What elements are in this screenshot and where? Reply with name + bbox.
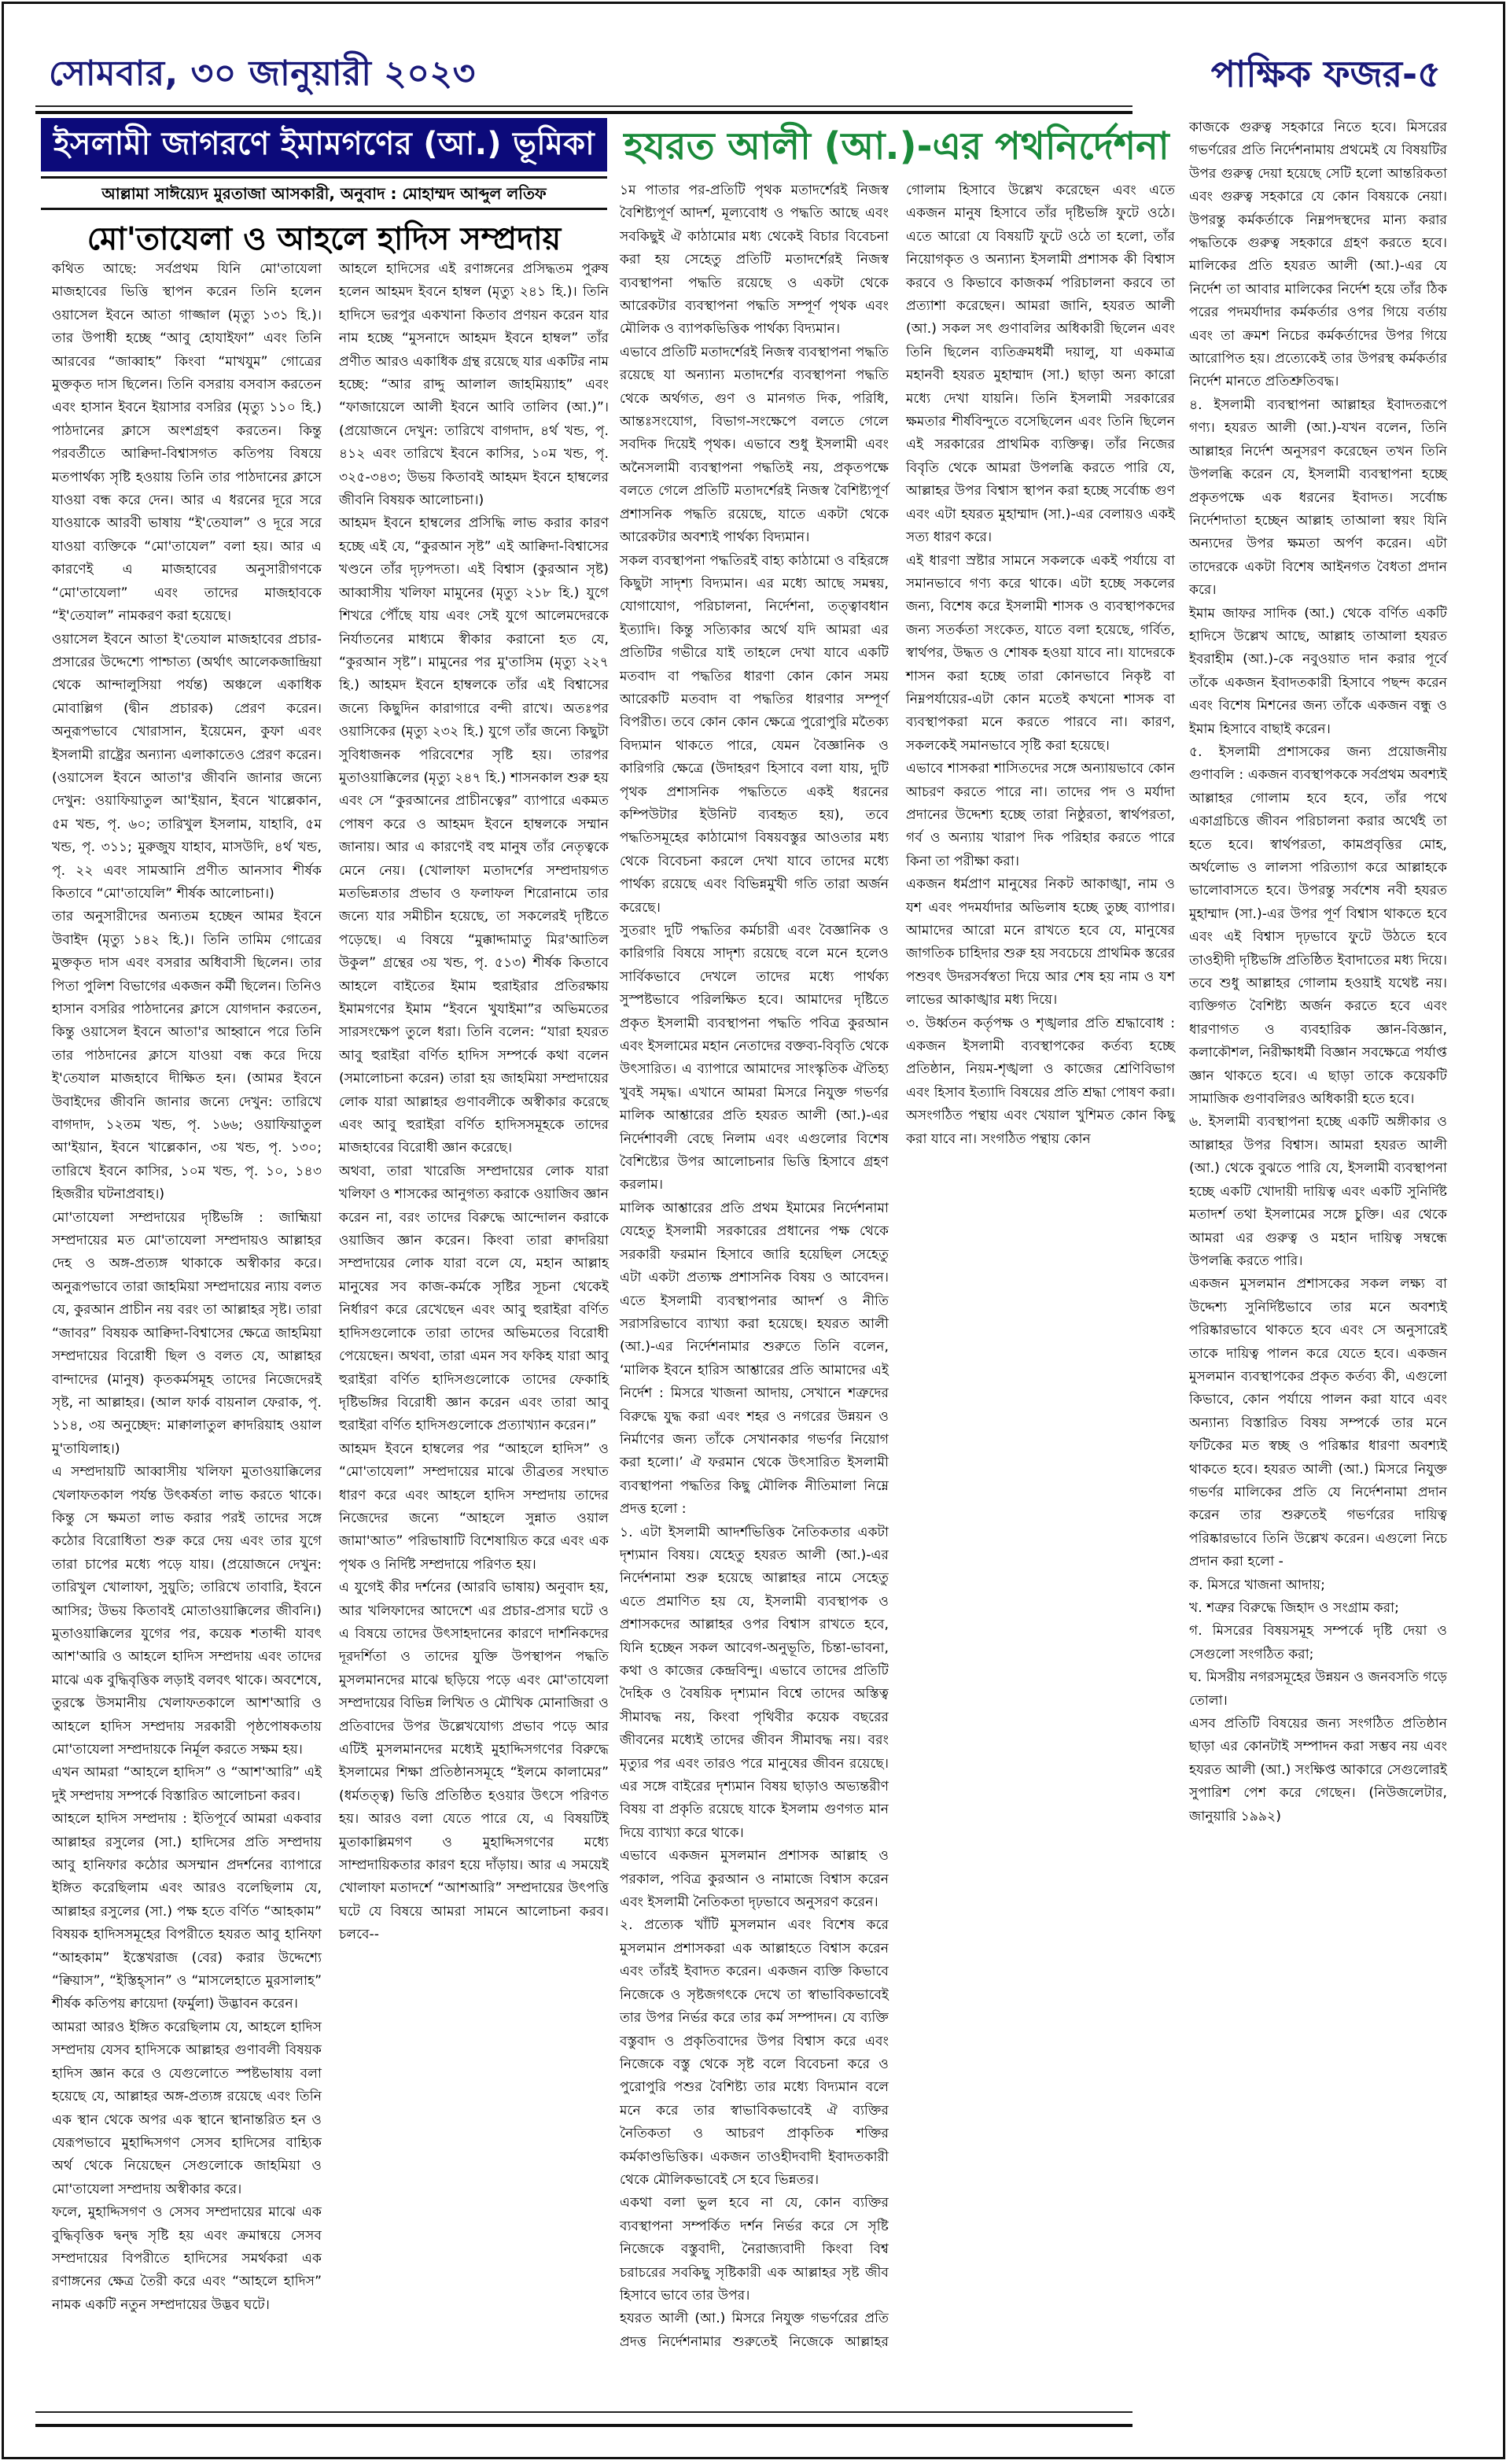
paragraph: ওয়াসেল ইবনে আতা ই'তেযাল মাজহাবের প্রচার… — [52, 629, 322, 906]
paragraph: আহমদ ইবনে হাম্বলের প্রসিদ্ধি লাভ করার কা… — [339, 512, 609, 1160]
masthead-page-label: পাক্ষিক ফজর-৫ — [1211, 47, 1441, 107]
paragraph: ৫. ইসলামী প্রশাসকের জন্য প্রয়োজনীয় গুণ… — [1189, 741, 1447, 1112]
issue-date: সোমবার, ৩০ জানুয়ারী ২০২৩ — [49, 47, 476, 105]
center-article-body: ১ম পাতার পর-প্রতিটি পৃথক মতাদর্শেরই নিজস… — [620, 179, 1175, 2360]
right-column-body: কাজকে গুরুত্ব সহকারে নিতে হবে। মিসরের গভ… — [1189, 116, 1447, 2360]
paragraph: ৩. উর্ধ্বতন কর্তৃপক্ষ ও শৃঙ্খলার প্রতি শ… — [906, 1013, 1175, 1151]
paragraph: আহমদ ইবনে হাম্বলের পর “আহলে হাদিস” ও “মো… — [339, 1438, 609, 1577]
paragraph: ২. প্রত্যেক খাঁটি মুসলমান এবং বিশেষ করে … — [620, 1914, 889, 2192]
paragraph: সুতরাং দুটি পদ্ধতির কর্মচারী এবং বৈজ্ঞান… — [620, 920, 889, 1197]
byline-rule-bottom — [41, 208, 607, 210]
paragraph: আমরা আরও ইঙ্গিত করেছিলাম যে, আহলে হাদিস … — [52, 2016, 322, 2201]
paragraph: ১. এটা ইসলামী আদর্শভিত্তিক নৈতিকতার একটা… — [620, 1522, 889, 1846]
list-item: খ. শত্রুর বিরুদ্ধে জিহাদ ও সংগ্রাম করা; — [1189, 1597, 1447, 1620]
paragraph: মো'তাযেলা সম্প্রদায়ের দৃষ্টিভঙ্গি : জাহ… — [52, 1207, 322, 1461]
header-rule-thin — [35, 105, 1132, 107]
paragraph: এভাবে প্রতিটি মতাদর্শেরই নিজস্ব ব্যবস্থা… — [620, 341, 889, 550]
paragraph: ১ম পাতার পর-প্রতিটি পৃথক মতাদর্শেরই নিজস… — [620, 179, 889, 341]
footer-rule-thick — [35, 2424, 1132, 2427]
paragraph: এভাবে শাসকরা শাসিতদের সঙ্গে অন্যায়ভাবে … — [906, 758, 1175, 873]
left-article-byline: আল্লামা সাঈয়্যেদ মুরতাজা আসকারী, অনুবাদ… — [41, 183, 607, 208]
paragraph: ইমাম জাফর সাদিক (আ.) থেকে বর্ণিত একটি হা… — [1189, 603, 1447, 741]
header-rule-thick — [35, 111, 1132, 114]
paragraph: মালিক আশ্তারের প্রতি প্রথম ইমামের নির্দে… — [620, 1197, 889, 1522]
paragraph: একজন ধর্মপ্রাণ মানুষের নিকট আকাঙ্খা, নাম… — [906, 873, 1175, 1012]
list-item: ক. মিসরে খাজনা আদায়; — [1189, 1574, 1447, 1597]
left-article-body: কথিত আছে: সর্বপ্রথম যিনি মো'তাযেলা মাজহা… — [52, 258, 609, 2360]
paragraph: ৪. ইসলামী ব্যবস্থাপনা আল্লাহর ইবাদতরূপে … — [1189, 394, 1447, 603]
list-item: গ. মিসরের বিষয়সমূহ সম্পর্কে দৃষ্টি দেয়… — [1189, 1620, 1447, 1666]
paragraph: এভাবে একজন মুসলমান প্রশাসক আল্লাহ ও পরকা… — [620, 1845, 889, 1914]
paragraph: আহলে হাদিসের এই রণাঙ্গনের প্রসিদ্ধতম পুর… — [339, 258, 609, 512]
paragraph: অথবা, তারা খারেজি সম্প্রদায়ের লোক যারা … — [339, 1160, 609, 1438]
paragraph: এখন আমরা “আহলে হাদিস” ও “আশ'আরি” এই দুই … — [52, 1761, 322, 1808]
paragraph: তার অনুসারীদের অন্যতম হচ্ছেন আমর ইবনে উব… — [52, 906, 322, 1206]
list-item: ঘ. মিসরীয় নগরসমূহের উন্নয়ন ও জনবসতি গড… — [1189, 1666, 1447, 1713]
paragraph: কথিত আছে: সর্বপ্রথম যিনি মো'তাযেলা মাজহা… — [52, 258, 322, 629]
paragraph: ফলে, মুহাদ্দিসগণ ও সেসব সম্প্রদায়ের মাঝ… — [52, 2201, 322, 2317]
paragraph: ৬. ইসলামী ব্যবস্থাপনা হচ্ছে একটি অঙ্গীকা… — [1189, 1111, 1447, 1273]
paragraph: এ যুগেই কীর দর্শনের (আরবি ভাষায়) অনুবাদ… — [339, 1577, 609, 1947]
left-article-banner-title: ইসলামী জাগরণে ইমামগণের (আ.) ভূমিকা — [41, 118, 607, 172]
footer-rule-thin — [35, 2411, 1132, 2413]
paragraph: আহলে হাদিস সম্প্রদায় : ইতিপূর্বে আমরা এ… — [52, 1808, 322, 2016]
paragraph: একজন মুসলমান প্রশাসকের সকল লক্ষ্য বা উদ্… — [1189, 1273, 1447, 1573]
paragraph: এ সম্প্রদায়টি আব্বাসীয় খলিফা মুতাওয়াক… — [52, 1461, 322, 1761]
paragraph: এসব প্রতিটি বিষয়ের জন্য সংগঠিত প্রতিষ্ঠ… — [1189, 1713, 1447, 1828]
paragraph: কাজকে গুরুত্ব সহকারে নিতে হবে। মিসরের গভ… — [1189, 116, 1447, 394]
paragraph: সকল ব্যবস্থাপনা পদ্ধতিরই বাহ্য কাঠামো ও … — [620, 550, 889, 920]
byline-rule-top — [41, 176, 607, 179]
center-article-title: হযরত আলী (আ.)-এর পথনির্দেশনা — [621, 118, 1172, 180]
paragraph: এই ধারণা স্রষ্টার সামনে সকলকে একই পর্যায… — [906, 550, 1175, 758]
paragraph: একথা বলা ভুল হবে না যে, কোন ব্যক্তির ব্য… — [620, 2192, 889, 2307]
